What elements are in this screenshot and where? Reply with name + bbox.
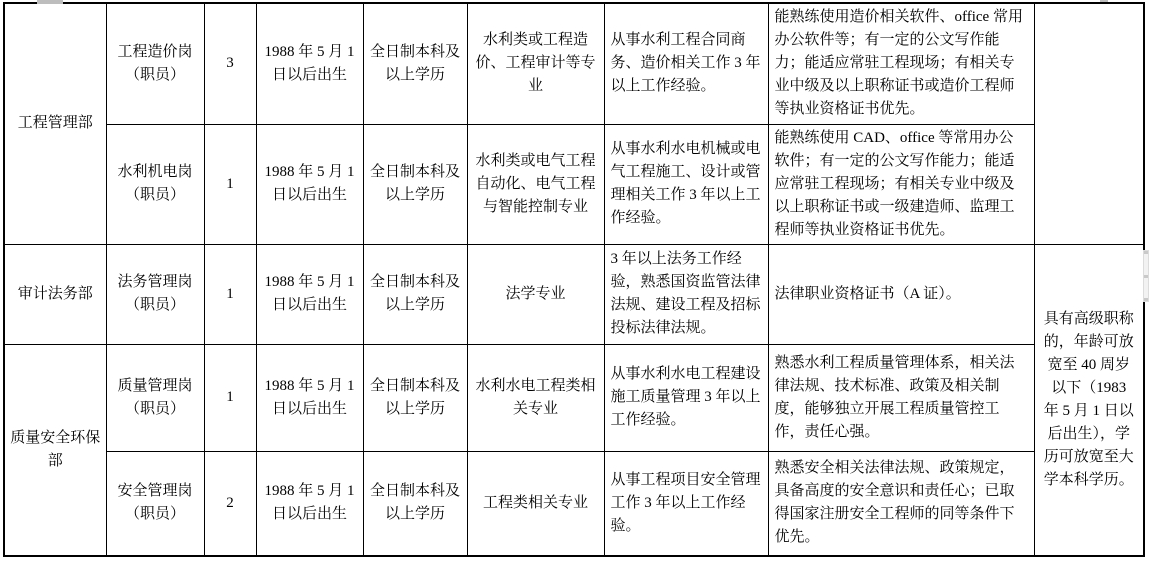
cell-position: 工程造价岗（职员） (106, 3, 204, 124)
cell-requirements: 熟悉水利工程质量管理体系，相关法律法规、技术标准、政策及相关制度，能够独立开展工… (768, 344, 1034, 451)
cell-note-empty (1034, 3, 1144, 244)
scrollbar-tick (1144, 251, 1148, 254)
cell-position: 水利机电岗（职员） (106, 124, 204, 244)
cell-birthdate: 1988 年 5 月 1 日以后出生 (256, 344, 363, 451)
cell-count: 3 (204, 3, 256, 124)
table-row: 质量安全环保部 质量管理岗（职员） 1 1988 年 5 月 1 日以后出生 全… (4, 344, 1144, 451)
cell-major: 工程类相关专业 (467, 451, 604, 556)
cell-education: 全日制本科及以上学历 (363, 3, 467, 124)
cell-department: 工程管理部 (4, 3, 106, 244)
cell-birthdate: 1988 年 5 月 1 日以后出生 (256, 451, 363, 556)
table-row: 审计法务部 法务管理岗（职员） 1 1988 年 5 月 1 日以后出生 全日制… (4, 244, 1144, 344)
top-edge-artifact (37, 0, 63, 4)
cell-major: 水利类或工程造价、工程审计等专业 (467, 3, 604, 124)
cell-note: 具有高级职称的，年龄可放宽至 40 周岁以下（1983 年 5 月 1 日以后出… (1034, 244, 1144, 556)
cell-experience: 从事水利水电工程建设施工质量管理 3 年以上工作经验。 (604, 344, 768, 451)
cell-requirements: 能熟练使用 CAD、office 等常用办公软件；有一定的公文写作能力；能适应常… (768, 124, 1034, 244)
table-row: 安全管理岗（职员） 2 1988 年 5 月 1 日以后出生 全日制本科及以上学… (4, 451, 1144, 556)
cell-count: 1 (204, 124, 256, 244)
cell-education: 全日制本科及以上学历 (363, 344, 467, 451)
cell-count: 2 (204, 451, 256, 556)
cell-position: 法务管理岗（职员） (106, 244, 204, 344)
cell-experience: 从事水利水电机械或电气工程施工、设计或管理相关工作 3 年以上工作经验。 (604, 124, 768, 244)
cell-major: 水利类或电气工程自动化、电气工程与智能控制专业 (467, 124, 604, 244)
cell-education: 全日制本科及以上学历 (363, 124, 467, 244)
cell-birthdate: 1988 年 5 月 1 日以后出生 (256, 124, 363, 244)
cell-position: 安全管理岗（职员） (106, 451, 204, 556)
cell-requirements: 能熟练使用造价相关软件、office 常用办公软件等；有一定的公文写作能力；能适… (768, 3, 1034, 124)
cell-education: 全日制本科及以上学历 (363, 451, 467, 556)
scrollbar-thumb (1144, 275, 1148, 278)
cell-count: 1 (204, 344, 256, 451)
cell-experience: 从事水利工程合同商务、造价相关工作 3 年以上工作经验。 (604, 3, 768, 124)
cell-requirements: 熟悉安全相关法律法规、政策规定，具备高度的安全意识和责任心；已取得国家注册安全工… (768, 451, 1034, 556)
recruitment-table: 工程管理部 工程造价岗（职员） 3 1988 年 5 月 1 日以后出生 全日制… (3, 2, 1145, 557)
cell-major: 水利水电工程类相关专业 (467, 344, 604, 451)
cell-major: 法学专业 (467, 244, 604, 344)
scrollbar-tick (1144, 298, 1148, 301)
cell-birthdate: 1988 年 5 月 1 日以后出生 (256, 3, 363, 124)
cell-requirements: 法律职业资格证书（A 证）。 (768, 244, 1034, 344)
table-row: 水利机电岗（职员） 1 1988 年 5 月 1 日以后出生 全日制本科及以上学… (4, 124, 1144, 244)
top-right-edge-artifact (1100, 0, 1108, 2)
cell-experience: 3 年以上法务工作经验，熟悉国资监管法律法规、建设工程及招标投标法律法规。 (604, 244, 768, 344)
cell-position: 质量管理岗（职员） (106, 344, 204, 451)
table-row: 工程管理部 工程造价岗（职员） 3 1988 年 5 月 1 日以后出生 全日制… (4, 3, 1144, 124)
scrollbar-fragment[interactable] (1143, 250, 1149, 302)
cell-department: 审计法务部 (4, 244, 106, 344)
cell-education: 全日制本科及以上学历 (363, 244, 467, 344)
cell-count: 1 (204, 244, 256, 344)
cell-experience: 从事工程项目安全管理工作 3 年以上工作经验。 (604, 451, 768, 556)
cell-department: 质量安全环保部 (4, 344, 106, 556)
cell-birthdate: 1988 年 5 月 1 日以后出生 (256, 244, 363, 344)
